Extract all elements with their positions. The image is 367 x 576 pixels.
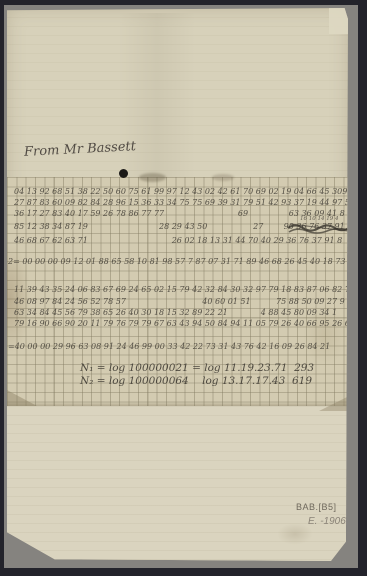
- handwritten-digit-row: 46 68 67 62 63 71 26 02 18 13 31 44 70 4…: [14, 236, 342, 245]
- handwritten-digit-row: 46 08 97 84 24 56 52 78 57 40 60 01 51 7…: [14, 297, 345, 306]
- scanned-manuscript-page: From Mr Bassett 04 13 92 68 51 38 22 50 …: [0, 0, 367, 576]
- ink-smudge: [212, 174, 234, 181]
- archive-year-label: E. -1906: [308, 516, 346, 527]
- handwritten-digit-row: 63 34 84 45 56 79 38 65 26 40 30 18 15 3…: [14, 308, 337, 317]
- paper-sheet: From Mr Bassett 04 13 92 68 51 38 22 50 …: [7, 8, 348, 561]
- handwritten-digit-row: 04 13 92 68 51 38 22 50 60 75 61 99 97 1…: [14, 187, 347, 196]
- handwritten-digit-row: 11 39 43 35 24 06 83 67 69 24 65 02 15 7…: [14, 285, 350, 294]
- ink-smudge: [139, 173, 166, 182]
- handwritten-digit-row: 27 87 83 60 09 82 84 28 96 15 36 33 34 7…: [14, 198, 350, 207]
- handwritten-digit-row: 36 17 27 83 40 17 59 26 78 86 77 77 69 6…: [14, 209, 345, 218]
- handwritten-digit-row: 2= 00 00 00 09 12 01 88 65 58 10 81 98 5…: [8, 257, 346, 266]
- handwritten-digit-row: 79 16 90 66 90 20 11 79 76 79 79 67 63 4…: [14, 319, 350, 328]
- handwritten-digit-row: =40 00 00 29 96 63 08 91 24 46 99 00 33 …: [8, 342, 330, 351]
- scratched-out-digits: [287, 219, 351, 237]
- ink-dot: [119, 169, 128, 178]
- log-note-line: N₁ = log 100000021 = log 11.19.23.71 293: [80, 362, 314, 374]
- archive-label: BAB.[B5]: [296, 502, 337, 512]
- log-note-line: N₂ = log 100000064 log 13.17.17.43 619: [80, 375, 312, 387]
